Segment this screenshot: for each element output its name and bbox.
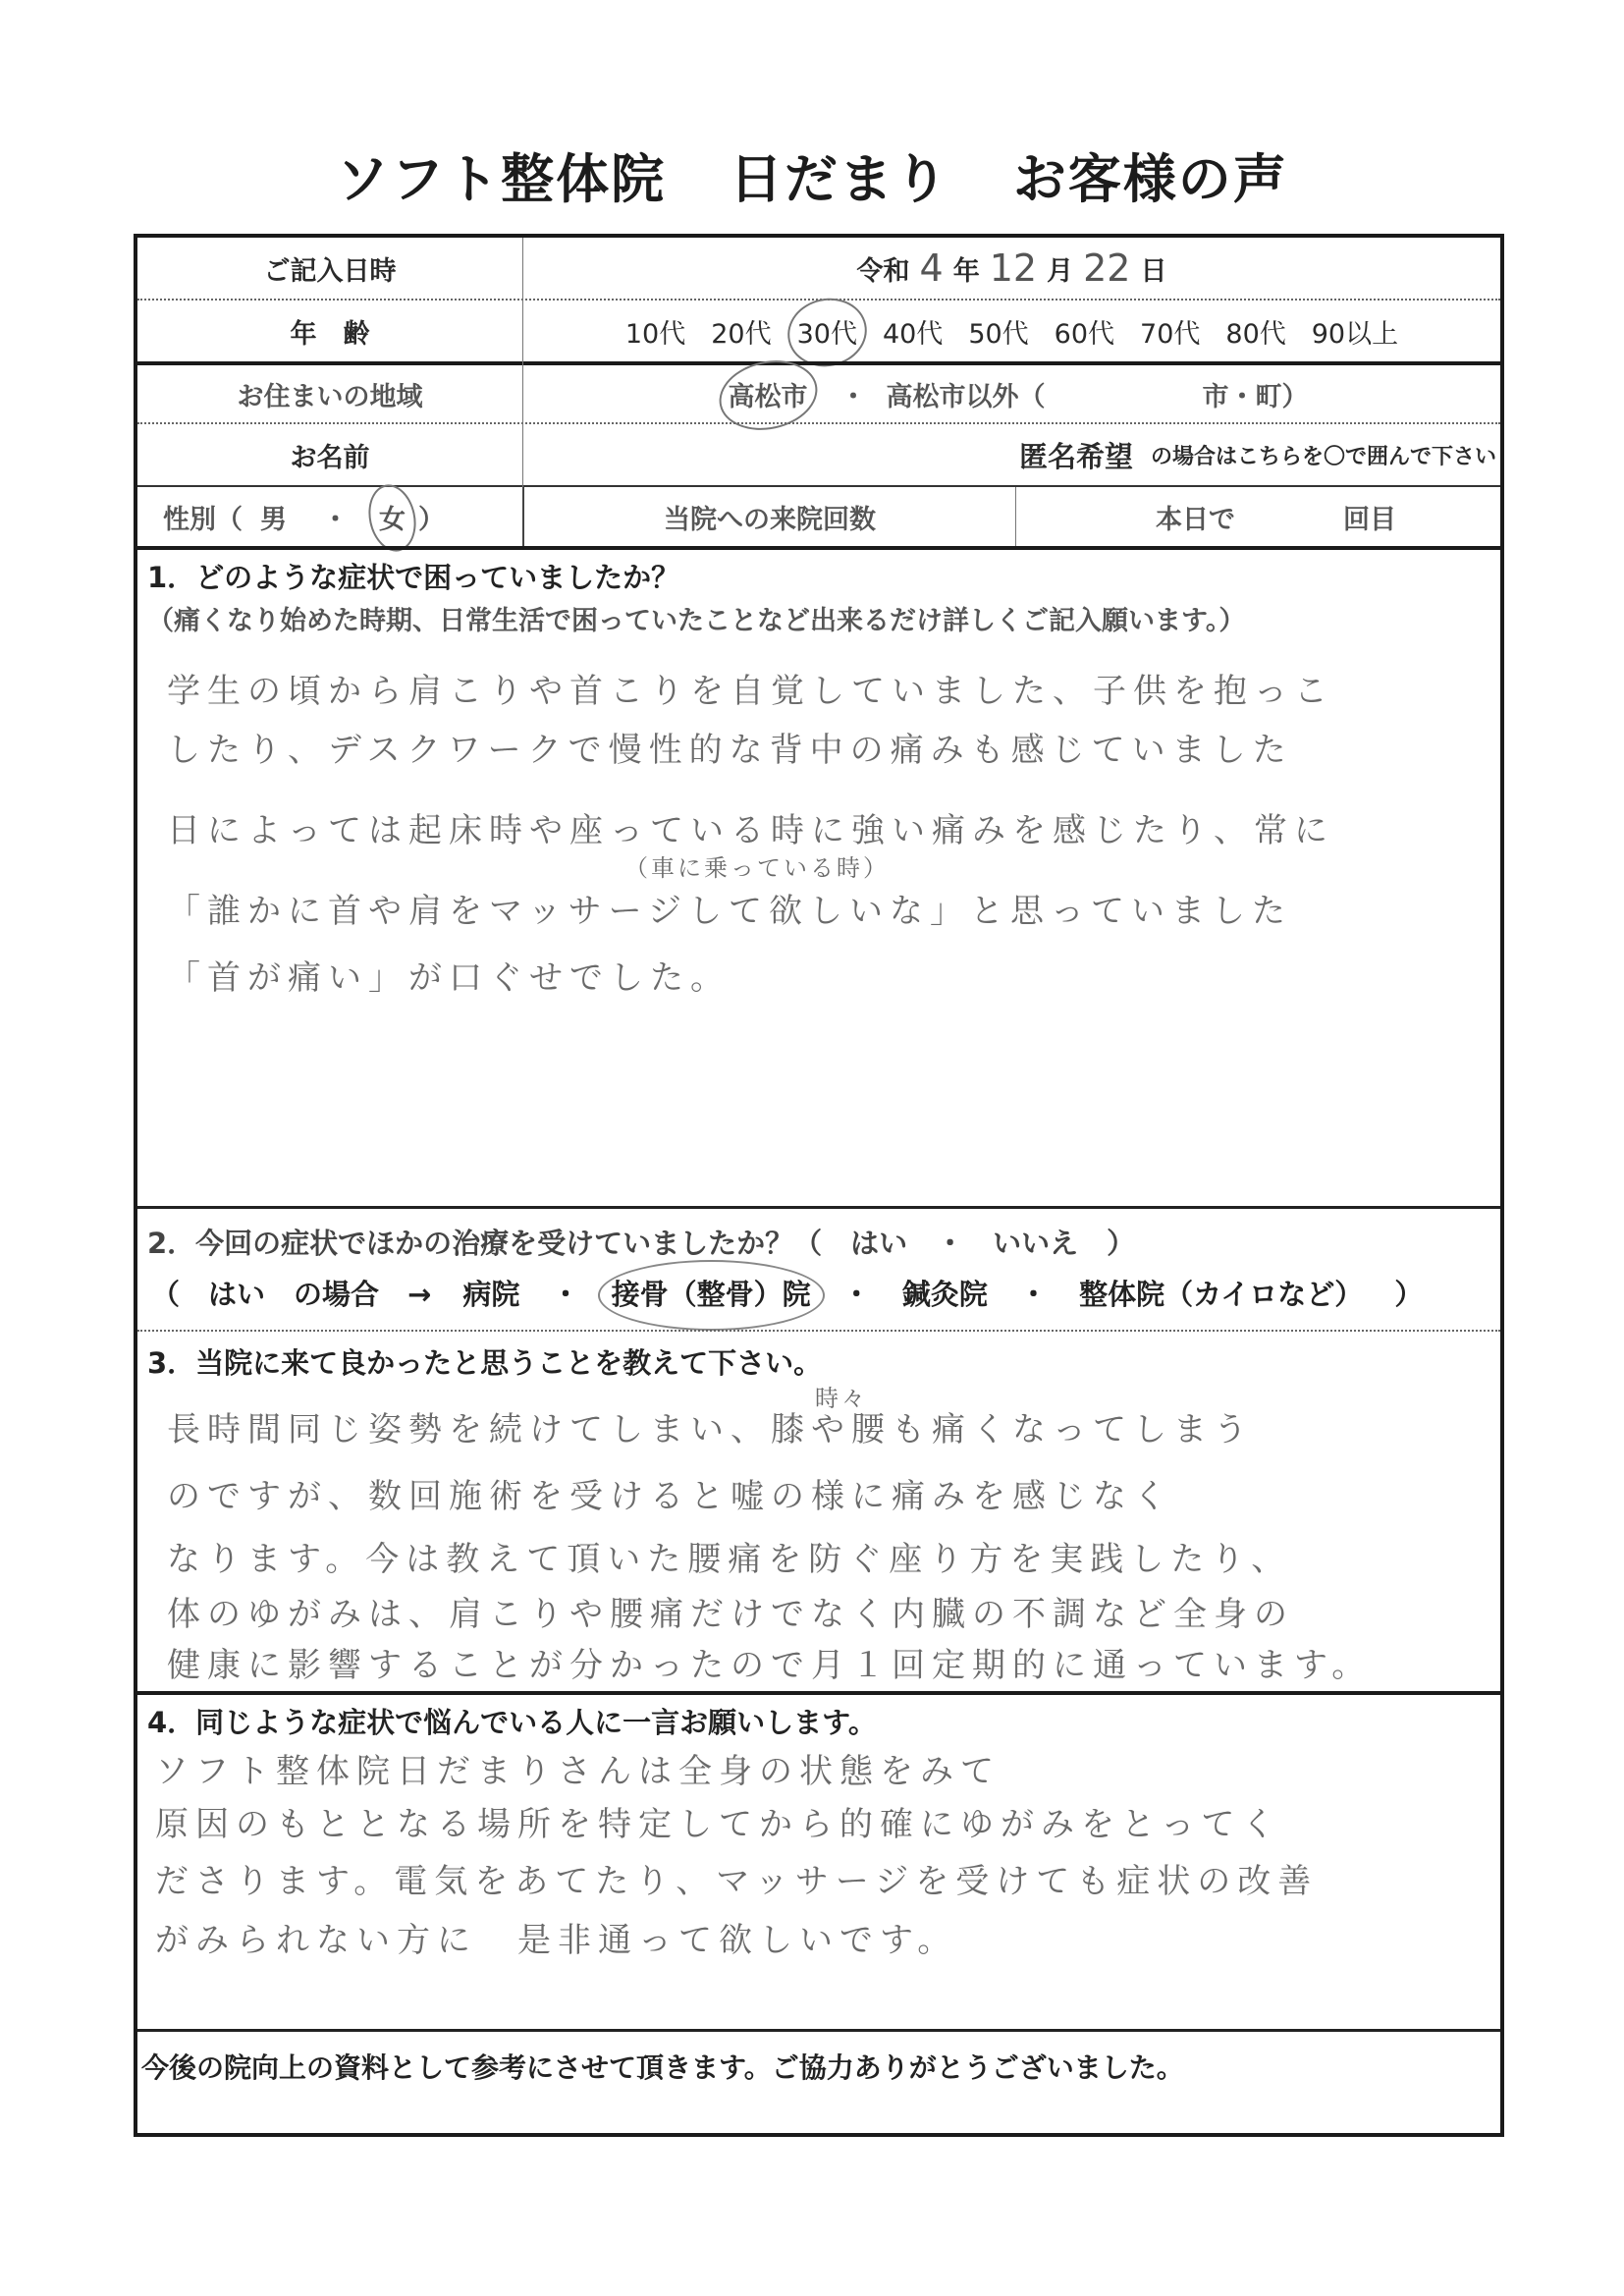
age-options: 10代 20代 30代 40代 50代 60代 70代 80代 90以上 bbox=[523, 301, 1500, 361]
row-gender-visits: 性別（ 男 ・ 女 ） 当院への来院回数 本日で 回目 bbox=[137, 487, 1500, 546]
age-option-60s[interactable]: 60代 bbox=[1055, 312, 1114, 351]
q2-option-chiropractic[interactable]: 整体院（カイロなど） bbox=[1079, 1278, 1363, 1311]
region-option-takamatsu-selected[interactable]: 高松市 bbox=[729, 375, 808, 413]
separator: ・ bbox=[1019, 1278, 1048, 1311]
anonymous-note: の場合はこちらを〇で囲んで下さい bbox=[1151, 440, 1496, 470]
name-label: お名前 bbox=[137, 424, 522, 485]
q2-option-acupuncture[interactable]: 鍼灸院 bbox=[902, 1278, 988, 1311]
row-date: ご記入日時 令和 4 年 12 月 22 日 bbox=[137, 238, 1500, 299]
age-option-10s[interactable]: 10代 bbox=[625, 312, 685, 351]
era-label: 令和 bbox=[857, 249, 910, 288]
q1-title: 1．どのような症状で困っていましたか？ bbox=[147, 556, 679, 596]
gender-field: 性別（ 男 ・ 女 ） bbox=[137, 487, 548, 546]
answer-line: 体のゆがみは、肩こりや腰痛だけでなく内臓の不調など全身の bbox=[167, 1587, 1294, 1635]
q2-option-bonesetter-selected[interactable]: 接骨（整骨）院 bbox=[612, 1278, 811, 1311]
day-value: 22 bbox=[1083, 246, 1130, 290]
count-unit: 回目 bbox=[1343, 498, 1396, 536]
page-title: ソフト整体院 日だまり お客様の声 bbox=[0, 137, 1624, 213]
answer-line: 健康に影響することが分かったので月１回定期的に通っています。 bbox=[167, 1638, 1372, 1686]
answer-line: なります。今は教えて頂いた腰痛を防ぐ座り方を実践したり、 bbox=[167, 1532, 1291, 1580]
q2-title: 2．今回の症状でほかの治療を受けていましたか？（ はい ・ いいえ ） bbox=[147, 1222, 1135, 1262]
gender-label: 性別（ bbox=[163, 498, 243, 536]
answer-line: ソフト整体院日だまりさんは全身の状態をみて bbox=[155, 1744, 1001, 1792]
answer-line: ださります。電気をあてたり、マッサージを受けても症状の改善 bbox=[155, 1854, 1318, 1902]
section-q1: 1．どのような症状で困っていましたか？ （痛くなり始めた時期、日常生活で困ってい… bbox=[137, 550, 1500, 1206]
region-label: お住まいの地域 bbox=[137, 365, 522, 422]
divider bbox=[137, 1206, 1500, 1209]
visits-label: 当院への来院回数 bbox=[524, 487, 1015, 546]
visits-count-field[interactable]: 本日で 回目 bbox=[1016, 487, 1500, 546]
gender-option-female-selected[interactable]: 女 bbox=[379, 498, 406, 536]
separator: ・ bbox=[322, 498, 349, 536]
answer-line: 原因のもととなる場所を特定してから的確にゆがみをとってく bbox=[155, 1797, 1281, 1845]
answer-line: 「誰かに首や肩をマッサージして欲しいな」と思っていました bbox=[167, 884, 1292, 932]
title-clinic-name: 日だまり bbox=[730, 148, 949, 210]
separator: ・ bbox=[840, 375, 867, 413]
row-age: 年 齢 10代 20代 30代 40代 50代 60代 70代 80代 90以上 bbox=[137, 301, 1500, 361]
answer-line: したり、デスクワークで慢性的な背中の痛みも感じていました bbox=[167, 723, 1293, 771]
age-option-90plus[interactable]: 90以上 bbox=[1312, 312, 1398, 351]
age-option-50s[interactable]: 50代 bbox=[968, 312, 1028, 351]
survey-form: ご記入日時 令和 4 年 12 月 22 日 年 齢 10代 20代 30代 4… bbox=[134, 234, 1504, 2137]
section-q3: 3．当院に来て良かったと思うことを教えて下さい。 時々 長時間同じ姿勢を続けてし… bbox=[137, 1332, 1500, 1691]
section-q2: 2．今回の症状でほかの治療を受けていましたか？（ はい ・ いいえ ） （ はい… bbox=[137, 1210, 1500, 1330]
row-region: お住まいの地域 高松市 ・ 高松市以外（ 市・町） bbox=[137, 365, 1500, 422]
age-option-40s[interactable]: 40代 bbox=[883, 312, 943, 351]
city-town-label: 市・町） bbox=[1203, 375, 1309, 413]
answer-line: 「首が痛い」が口ぐせでした。 bbox=[167, 951, 731, 999]
answer-line: 長時間同じ姿勢を続けてしまい、膝や腰も痛くなってしまう bbox=[167, 1402, 1254, 1450]
separator: ・ bbox=[552, 1278, 580, 1311]
answer-line: がみられない方に 是非通って欲しいです。 bbox=[155, 1913, 957, 1961]
q2-options: （ はい の場合 → 病院 ・ 接骨（整骨）院 ・ 鍼灸院 ・ 整体院（カイロな… bbox=[151, 1273, 1444, 1313]
divider bbox=[522, 238, 523, 487]
answer-line: のですが、数回施術を受けると嘘の様に痛みを感じなく bbox=[167, 1469, 1173, 1517]
date-field[interactable]: 令和 4 年 12 月 22 日 bbox=[523, 238, 1500, 299]
month-unit: 月 bbox=[1047, 249, 1073, 288]
footer-note: 今後の院向上の資料として参考にさせて頂きます。ご協力ありがとうございました。 bbox=[141, 2047, 1184, 2086]
age-option-70s[interactable]: 70代 bbox=[1140, 312, 1200, 351]
name-field[interactable]: 匿名希望 の場合はこちらを〇で囲んで下さい bbox=[523, 424, 1500, 485]
q1-subtitle: （痛くなり始めた時期、日常生活で困っていたことなど出来るだけ詳しくご記入願います… bbox=[147, 599, 1245, 637]
age-option-20s[interactable]: 20代 bbox=[711, 312, 771, 351]
year-unit: 年 bbox=[953, 249, 980, 288]
today-label: 本日で bbox=[1156, 498, 1235, 536]
year-value: 4 bbox=[920, 246, 944, 290]
footer: 今後の院向上の資料として参考にさせて頂きます。ご協力ありがとうございました。 bbox=[137, 2033, 1500, 2137]
age-option-30s-selected[interactable]: 30代 bbox=[797, 312, 857, 351]
separator: ・ bbox=[842, 1278, 871, 1311]
date-label: ご記入日時 bbox=[137, 238, 522, 299]
title-clinic-type: ソフト整体院 bbox=[336, 148, 666, 210]
region-option-outside[interactable]: 高松市以外（ bbox=[887, 375, 1046, 413]
q2-prefix: （ はい の場合 → bbox=[151, 1278, 431, 1311]
divider bbox=[137, 2029, 1500, 2032]
q2-close: ） bbox=[1394, 1278, 1423, 1311]
age-option-80s[interactable]: 80代 bbox=[1225, 312, 1285, 351]
answer-annotation: （車に乗っている時） bbox=[624, 848, 890, 883]
gender-option-male[interactable]: 男 bbox=[260, 498, 287, 536]
q4-title: 4．同じような症状で悩んでいる人に一言お願いします。 bbox=[147, 1701, 877, 1741]
day-unit: 日 bbox=[1140, 249, 1166, 288]
q3-title: 3．当院に来て良かったと思うことを教えて下さい。 bbox=[147, 1341, 822, 1382]
age-label: 年 齢 bbox=[137, 301, 522, 361]
q2-option-hospital[interactable]: 病院 bbox=[462, 1278, 519, 1311]
gender-close: ） bbox=[418, 498, 445, 536]
answer-line: 学生の頃から肩こりや首こりを自覚していました、子供を抱っこ bbox=[167, 664, 1334, 712]
row-name: お名前 匿名希望 の場合はこちらを〇で囲んで下さい bbox=[137, 424, 1500, 485]
title-customer-voice: お客様の声 bbox=[1013, 148, 1288, 210]
anonymous-option[interactable]: 匿名希望 bbox=[1019, 435, 1133, 475]
month-value: 12 bbox=[990, 246, 1037, 290]
region-options: 高松市 ・ 高松市以外（ 市・町） bbox=[523, 365, 1500, 422]
section-q4: 4．同じような症状で悩んでいる人に一言お願いします。 ソフト整体院日だまりさんは… bbox=[137, 1695, 1500, 2029]
answer-line: 日によっては起床時や座っている時に強い痛みを感じたり、常に bbox=[167, 803, 1334, 851]
